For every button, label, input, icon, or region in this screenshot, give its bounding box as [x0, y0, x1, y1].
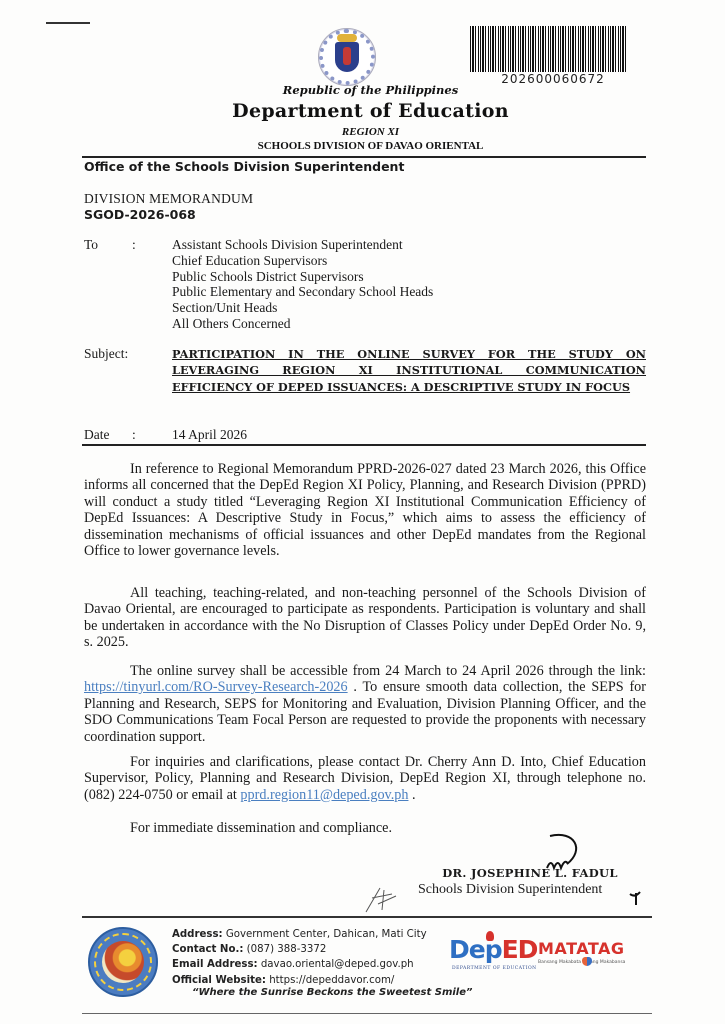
- department-heading: Department of Education: [8, 100, 725, 122]
- bottom-divider: [82, 1013, 652, 1014]
- paragraph-text: .: [408, 787, 415, 803]
- seal-shield: [335, 42, 359, 72]
- paragraph-text: The online survey shall be accessible fr…: [130, 663, 646, 679]
- footer-contact: Contact No.: (087) 388-3372: [172, 942, 427, 957]
- memo-type: DIVISION MEMORANDUM: [84, 191, 253, 207]
- deped-logo-subtitle: DEPARTMENT OF EDUCATION: [452, 966, 537, 971]
- memo-number: SGOD-2026-068: [84, 207, 196, 222]
- survey-link[interactable]: https://tinyurl.com/RO-Survey-Research-2…: [84, 679, 348, 695]
- signatory-title: Schools Division Superintendent: [418, 882, 602, 898]
- deped-logo: DepED: [449, 935, 537, 964]
- division-motto: “Where the Sunrise Beckons the Sweetest …: [192, 987, 472, 998]
- deped-seal-logo: [318, 28, 376, 86]
- recipient: Assistant Schools Division Superintenden…: [172, 237, 433, 253]
- recipient: Public Elementary and Secondary School H…: [172, 284, 433, 300]
- subject-label: Subject:: [84, 346, 128, 362]
- signatory-name: DR. JOSEPHINE L. FADUL: [420, 866, 640, 880]
- recipient-list: Assistant Schools Division Superintenden…: [172, 237, 433, 332]
- corner-mark: [46, 22, 90, 24]
- republic-heading: Republic of the Philippines: [8, 83, 725, 97]
- date-label: Date: [84, 427, 109, 443]
- paragraph-survey: The online survey shall be accessible fr…: [84, 663, 646, 745]
- matatag-logo: MATATAG: [538, 939, 625, 958]
- office-name: Office of the Schools Division Superinte…: [84, 159, 404, 174]
- to-colon: :: [132, 237, 136, 253]
- recipient: Chief Education Supervisors: [172, 253, 433, 269]
- recipient: Section/Unit Heads: [172, 300, 433, 316]
- recipient: Public Schools District Supervisors: [172, 269, 433, 285]
- barcode: [470, 26, 626, 72]
- email-link[interactable]: pprd.region11@deped.gov.ph: [240, 787, 408, 803]
- header-divider: [82, 156, 646, 158]
- paragraph-closing: For immediate dissemination and complian…: [130, 820, 692, 836]
- sdo-davao-oriental-logo: [88, 927, 158, 997]
- footer-email: Email Address: davao.oriental@deped.gov.…: [172, 957, 427, 972]
- subject-text: PARTICIPATION IN THE ONLINE SURVEY FOR T…: [172, 346, 646, 395]
- initials-mark: [362, 884, 402, 914]
- logo-sunrise: [102, 941, 144, 983]
- initial-mark: [628, 888, 642, 906]
- paragraph-text: All teaching, teaching-related, and non-…: [84, 585, 646, 650]
- seal-wreath: [337, 34, 357, 42]
- paragraph-inquiries: For inquiries and clarifications, please…: [84, 754, 646, 803]
- paragraph-participation: All teaching, teaching-related, and non-…: [84, 585, 646, 651]
- division-heading: SCHOOLS DIVISION OF DAVAO ORIENTAL: [8, 140, 725, 152]
- footer-divider: [82, 916, 652, 918]
- date-colon: :: [132, 427, 136, 443]
- paragraph-reference: In reference to Regional Memorandum PPRD…: [84, 461, 646, 559]
- footer-address: Address: Government Center, Dahican, Mat…: [172, 927, 427, 942]
- date-value: 14 April 2026: [172, 427, 247, 443]
- to-label: To: [84, 237, 98, 253]
- paragraph-text: In reference to Regional Memorandum PPRD…: [84, 461, 646, 559]
- recipient: All Others Concerned: [172, 316, 433, 332]
- region-heading: REGION XI: [8, 126, 725, 138]
- date-divider: [82, 444, 646, 446]
- footer-website: Official Website: https://depeddavor.com…: [172, 973, 427, 988]
- footer-contact-info: Address: Government Center, Dahican, Mat…: [172, 927, 427, 988]
